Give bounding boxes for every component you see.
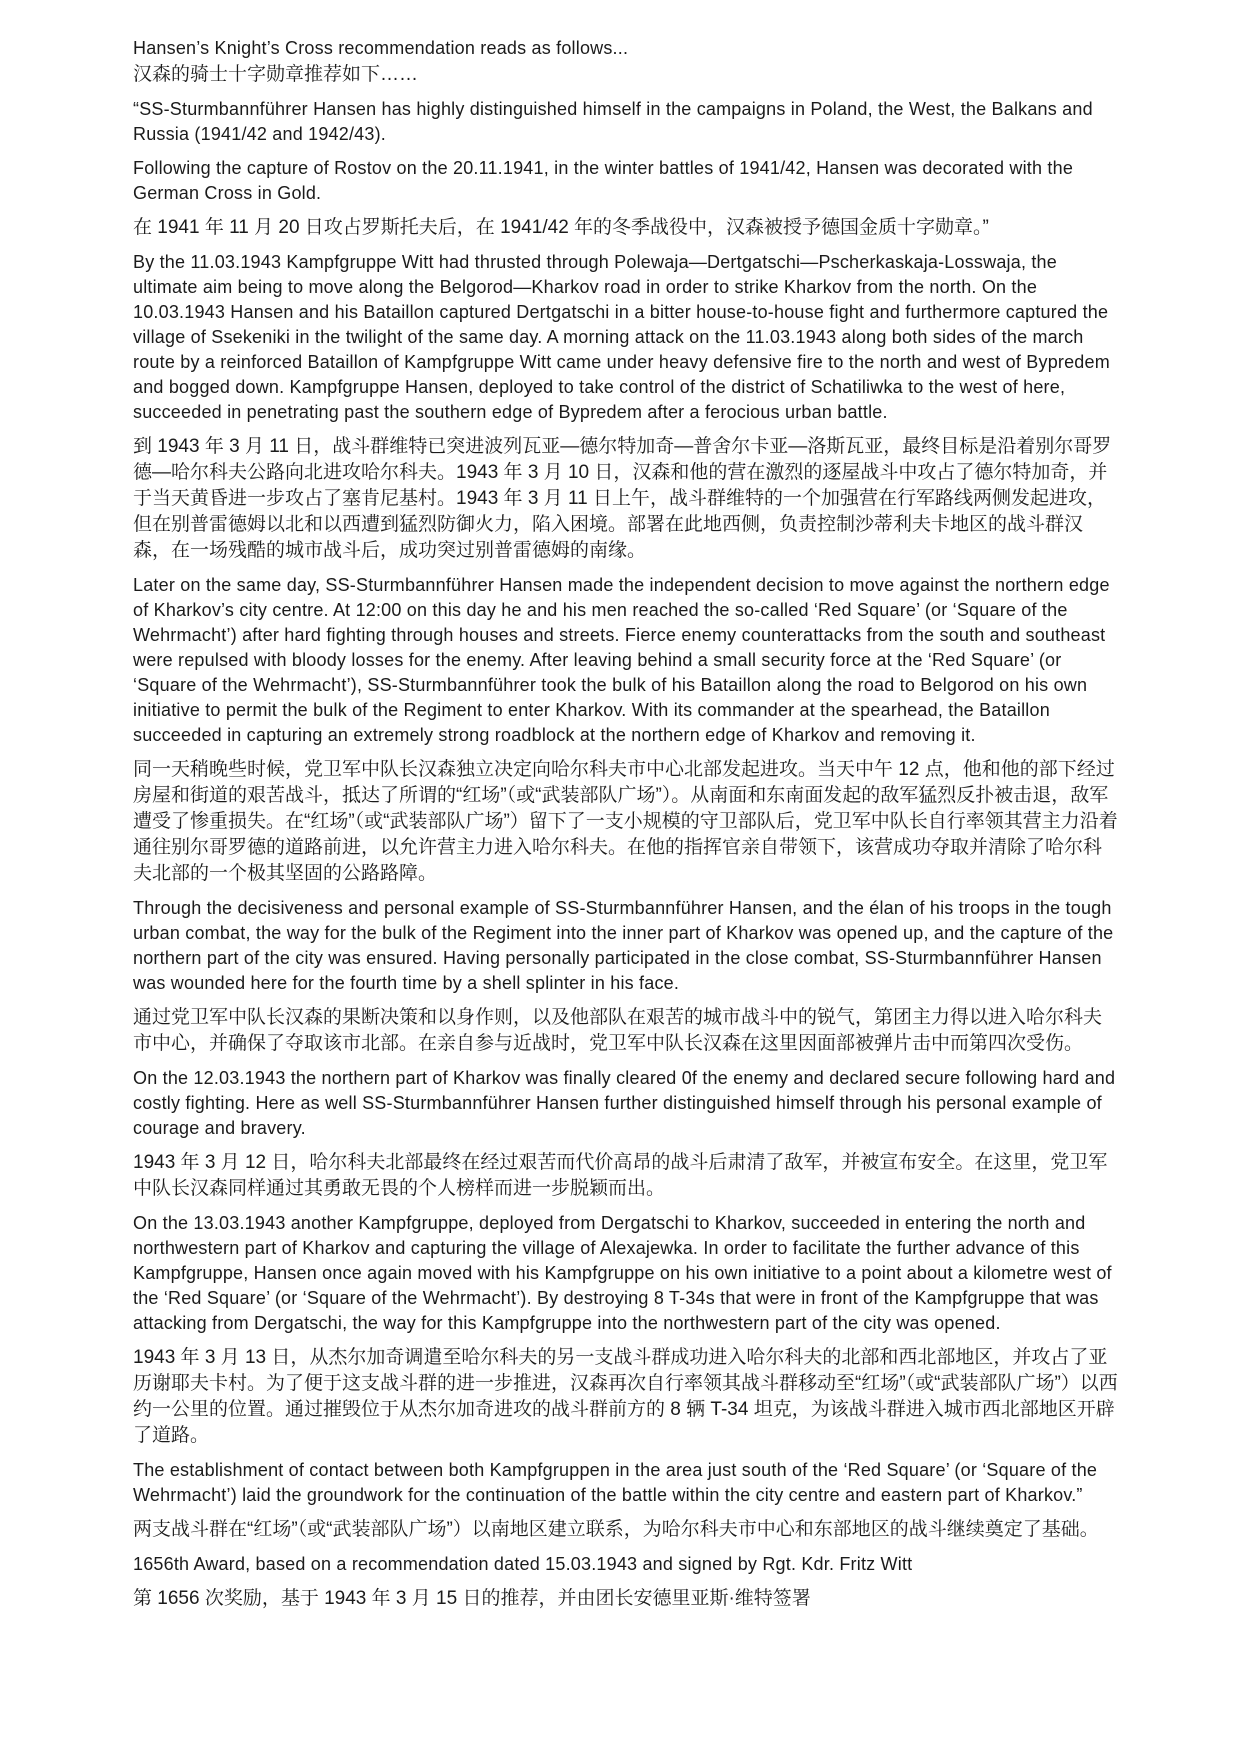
document-page: Hansen’s Knight’s Cross recommendation r… xyxy=(0,0,1240,1754)
paragraph-kampfgruppe-en: On the 13.03.1943 another Kampfgruppe, d… xyxy=(133,1211,1120,1336)
paragraph-witt-advance-zh: 到 1943 年 3 月 11 日，战斗群维特已突进波列瓦亚—德尔特加奇—普舍尔… xyxy=(133,434,1120,564)
paragraph-kampfgruppe-zh: 1943 年 3 月 13 日，从杰尔加奇调遣至哈尔科夫的另一支战斗群成功进入哈… xyxy=(133,1345,1120,1449)
paragraph-award-zh: 第 1656 次奖励，基于 1943 年 3 月 15 日的推荐，并由团长安德里… xyxy=(133,1586,1120,1612)
paragraph-rostov-en: Following the capture of Rostov on the 2… xyxy=(133,156,1120,206)
paragraph-citation-open: “SS-Sturmbannführer Hansen has highly di… xyxy=(133,97,1120,147)
paragraph-cleared-en: On the 12.03.1943 the northern part of K… xyxy=(133,1066,1120,1141)
paragraph-cleared-zh: 1943 年 3 月 12 日，哈尔科夫北部最终在经过艰苦而代价高昂的战斗后肃清… xyxy=(133,1150,1120,1202)
paragraph-intro-en: Hansen’s Knight’s Cross recommendation r… xyxy=(133,36,1120,61)
paragraph-red-square-en: Later on the same day, SS-Sturmbannführe… xyxy=(133,573,1120,748)
paragraph-contact-zh: 两支战斗群在“红场”（或“武装部队广场”）以南地区建立联系，为哈尔科夫市中心和东… xyxy=(133,1517,1120,1543)
paragraph-award-en: 1656th Award, based on a recommendation … xyxy=(133,1552,1120,1577)
paragraph-intro-zh: 汉森的骑士十字勋章推荐如下…… xyxy=(133,62,1120,88)
paragraph-red-square-zh: 同一天稍晚些时候，党卫军中队长汉森独立决定向哈尔科夫市中心北部发起进攻。当天中午… xyxy=(133,757,1120,887)
paragraph-elan-zh: 通过党卫军中队长汉森的果断决策和以身作则，以及他部队在艰苦的城市战斗中的锐气，第… xyxy=(133,1005,1120,1057)
paragraph-witt-advance-en: By the 11.03.1943 Kampfgruppe Witt had t… xyxy=(133,250,1120,425)
paragraph-elan-en: Through the decisiveness and personal ex… xyxy=(133,896,1120,996)
paragraph-rostov-zh: 在 1941 年 11 月 20 日攻占罗斯托夫后，在 1941/42 年的冬季… xyxy=(133,215,1120,241)
paragraph-contact-en: The establishment of contact between bot… xyxy=(133,1458,1120,1508)
